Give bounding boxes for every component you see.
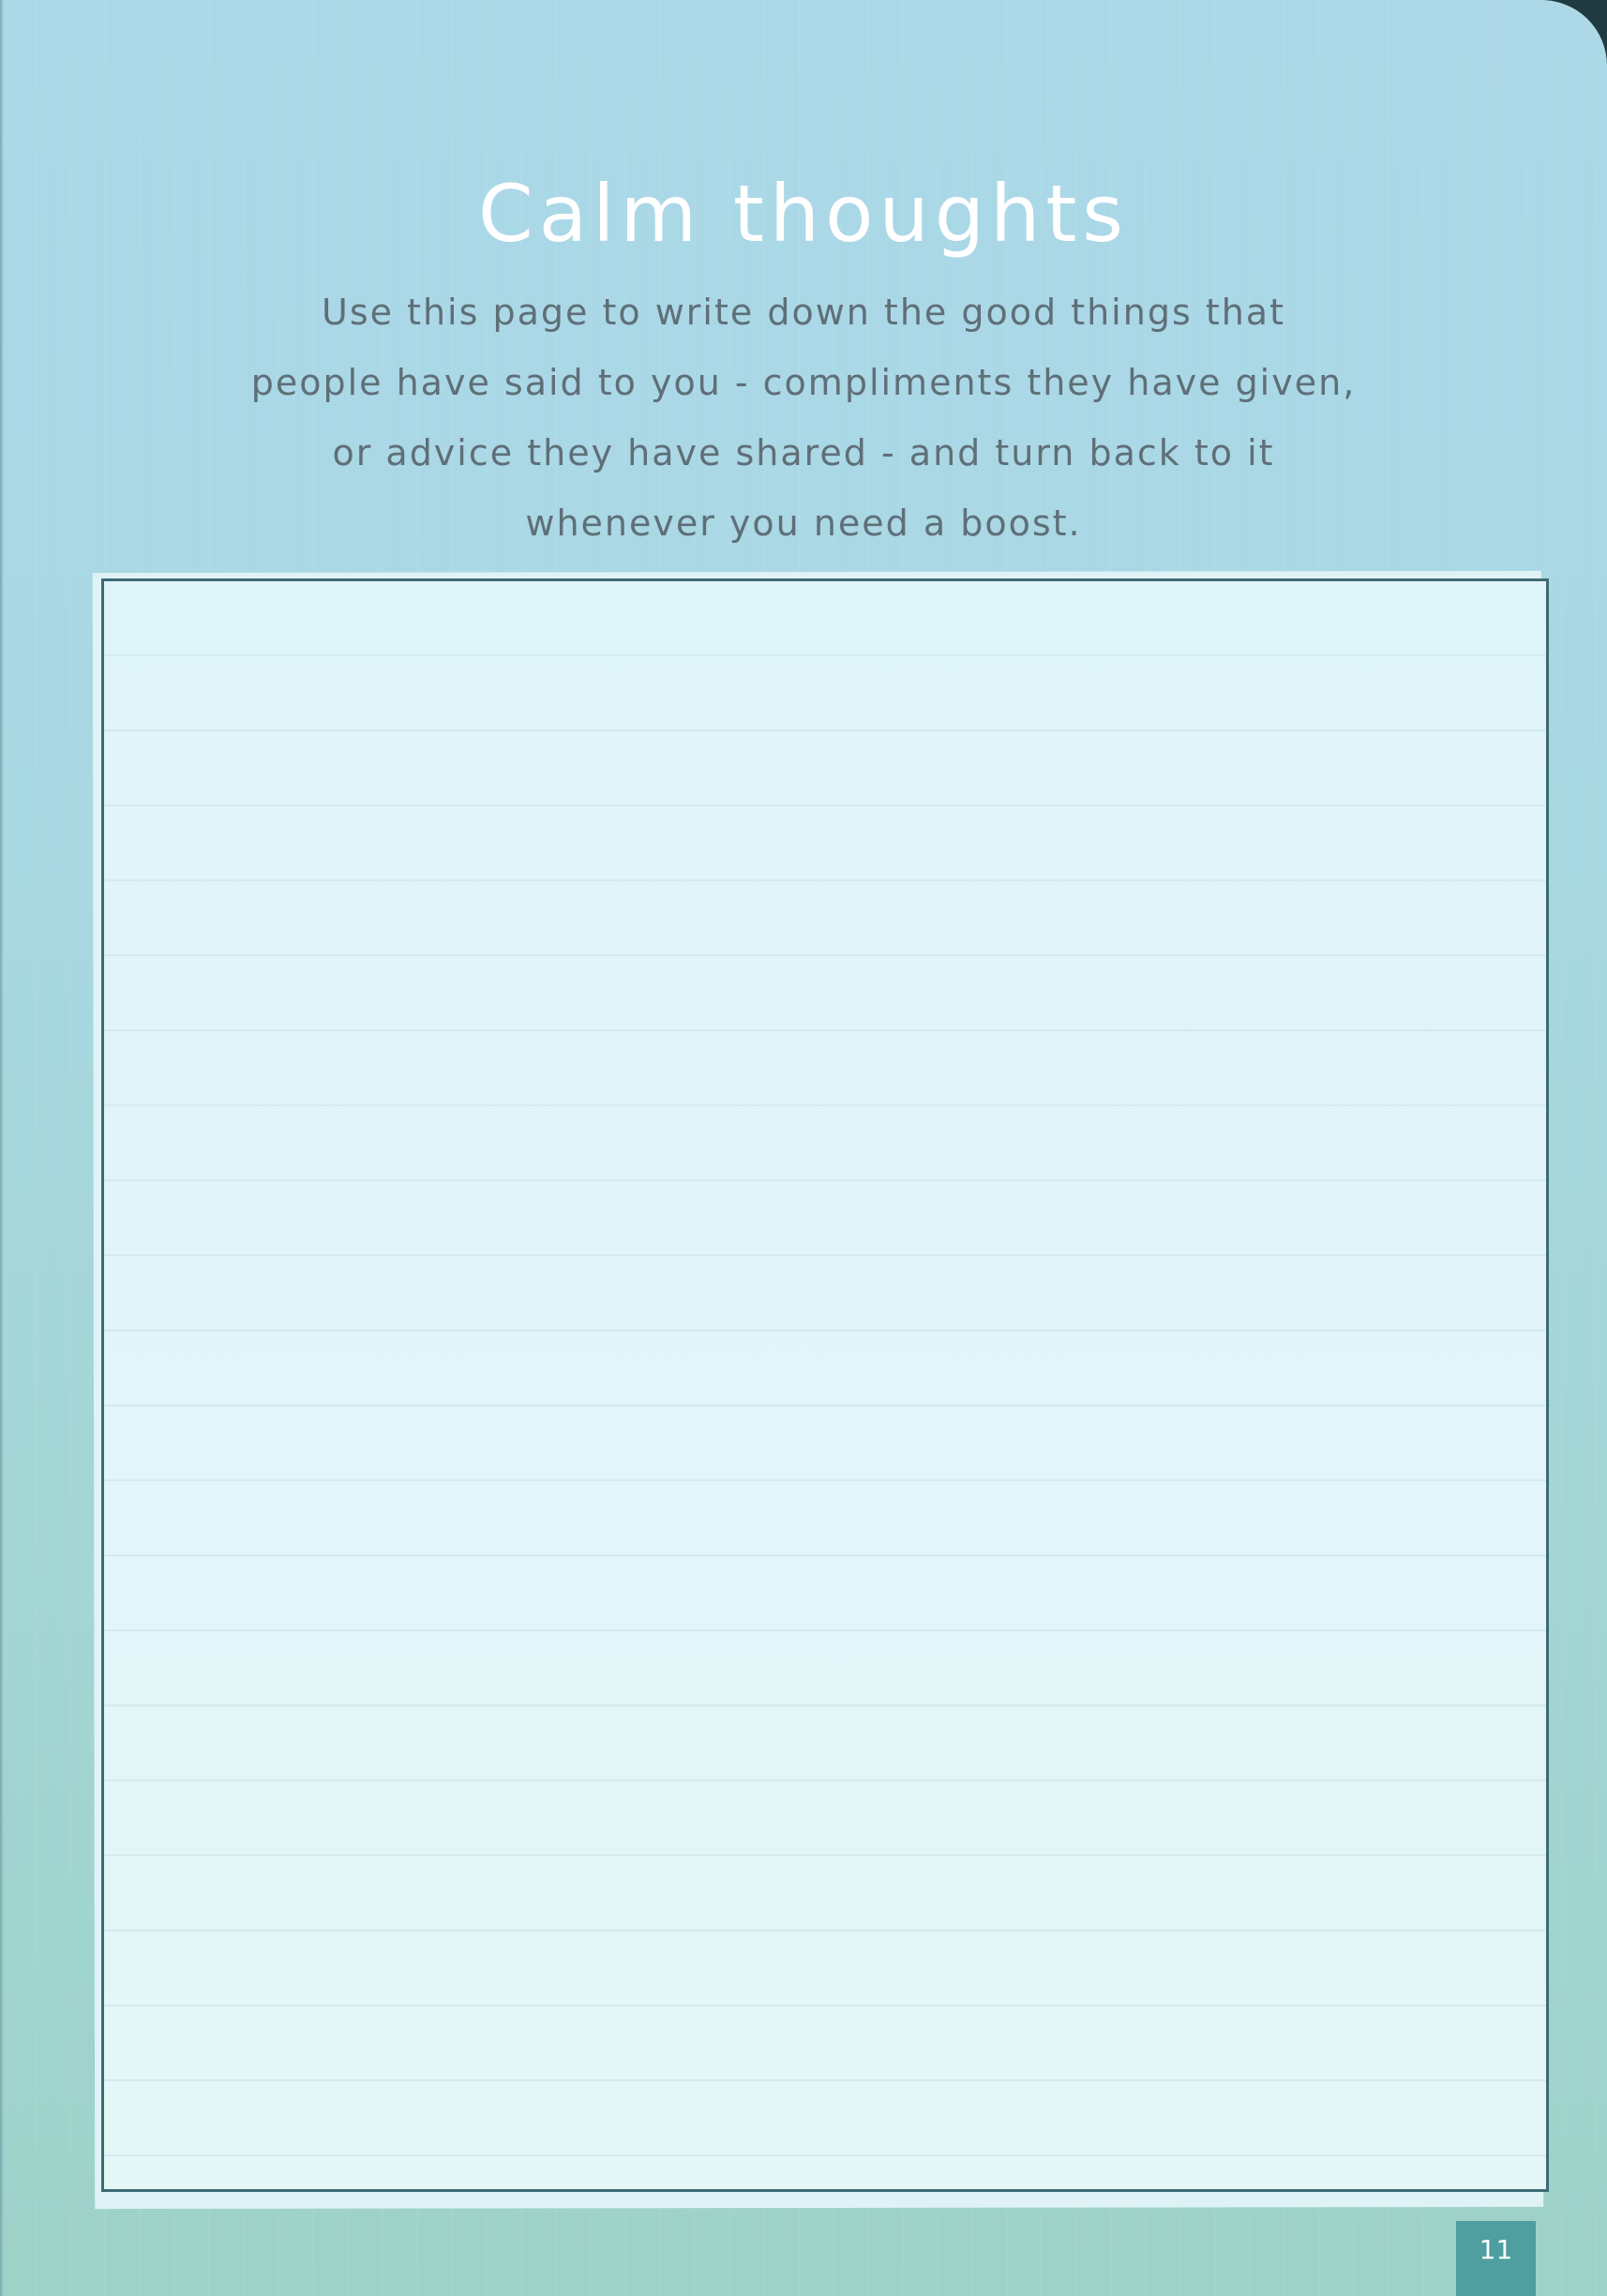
page-title: Calm thoughts — [0, 174, 1607, 253]
intro-paragraph: Use this page to write down the good thi… — [141, 278, 1466, 559]
page-spine-edge — [0, 0, 4, 2296]
intro-line: people have said to you - compliments th… — [141, 348, 1466, 418]
journal-page: Calm thoughts Use this page to write dow… — [0, 0, 1607, 2296]
page-number: 11 — [1479, 2234, 1513, 2265]
intro-line: or advice they have shared - and turn ba… — [141, 418, 1466, 488]
page-number-badge: 11 — [1456, 2221, 1536, 2296]
intro-line: whenever you need a boost. — [141, 488, 1466, 559]
faint-ruled-lines — [104, 581, 1546, 2189]
intro-line: Use this page to write down the good thi… — [141, 278, 1466, 348]
writing-area[interactable] — [101, 578, 1549, 2192]
